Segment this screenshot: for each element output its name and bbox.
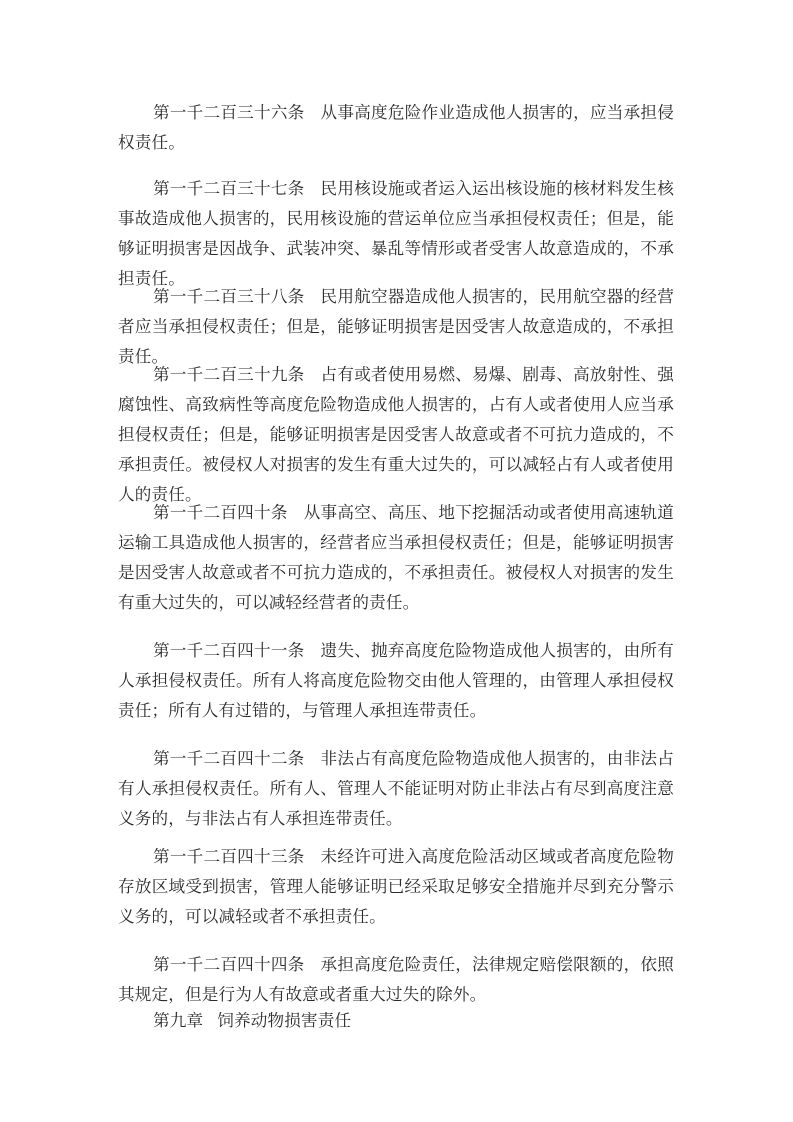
document-page: 第一千二百三十六条从事高度危险作业造成他人损害的，应当承担侵权责任。 第一千二百… — [0, 0, 793, 1122]
article-1240: 第一千二百四十条从事高空、高压、地下挖掘活动或者使用高速轨道运输工具造成他人损害… — [118, 498, 674, 618]
article-number: 第一千二百三十六条 — [153, 103, 305, 122]
article-1243: 第一千二百四十三条未经许可进入高度危险活动区域或者高度危险物存放区域受到损害，管… — [118, 842, 674, 932]
article-number: 第一千二百三十七条 — [153, 179, 305, 198]
article-1239: 第一千二百三十九条占有或者使用易燃、易爆、剧毒、高放射性、强腐蚀性、高致病性等高… — [118, 360, 674, 510]
article-number: 第一千二百四十二条 — [153, 749, 305, 768]
article-1244: 第一千二百四十四条承担高度危险责任，法律规定赔偿限额的，依照其规定，但是行为人有… — [118, 950, 674, 1010]
article-number: 第一千二百四十三条 — [153, 847, 305, 866]
article-1241: 第一千二百四十一条遗失、抛弃高度危险物造成他人损害的，由所有人承担侵权责任。所有… — [118, 636, 674, 726]
chapter-heading: 第九章饲养动物损害责任 — [118, 1006, 674, 1036]
article-number: 第一千二百三十九条 — [153, 365, 305, 384]
article-1242: 第一千二百四十二条非法占有高度危险物造成他人损害的，由非法占有人承担侵权责任。所… — [118, 744, 674, 834]
article-number: 第一千二百三十八条 — [153, 287, 305, 306]
article-1236: 第一千二百三十六条从事高度危险作业造成他人损害的，应当承担侵权责任。 — [118, 98, 674, 158]
article-number: 第一千二百四十条 — [153, 503, 288, 522]
chapter-number: 第九章 — [153, 1011, 203, 1030]
chapter-title: 饲养动物损害责任 — [217, 1011, 351, 1030]
article-1238: 第一千二百三十八条民用航空器造成他人损害的，民用航空器的经营者应当承担侵权责任；… — [118, 282, 674, 372]
article-number: 第一千二百四十一条 — [153, 641, 305, 660]
article-number: 第一千二百四十四条 — [153, 955, 305, 974]
article-text: 占有或者使用易燃、易爆、剧毒、高放射性、强腐蚀性、高致病性等高度危险物造成他人损… — [118, 365, 674, 504]
article-1237: 第一千二百三十七条民用核设施或者运入运出核设施的核材料发生核事故造成他人损害的，… — [118, 174, 674, 294]
